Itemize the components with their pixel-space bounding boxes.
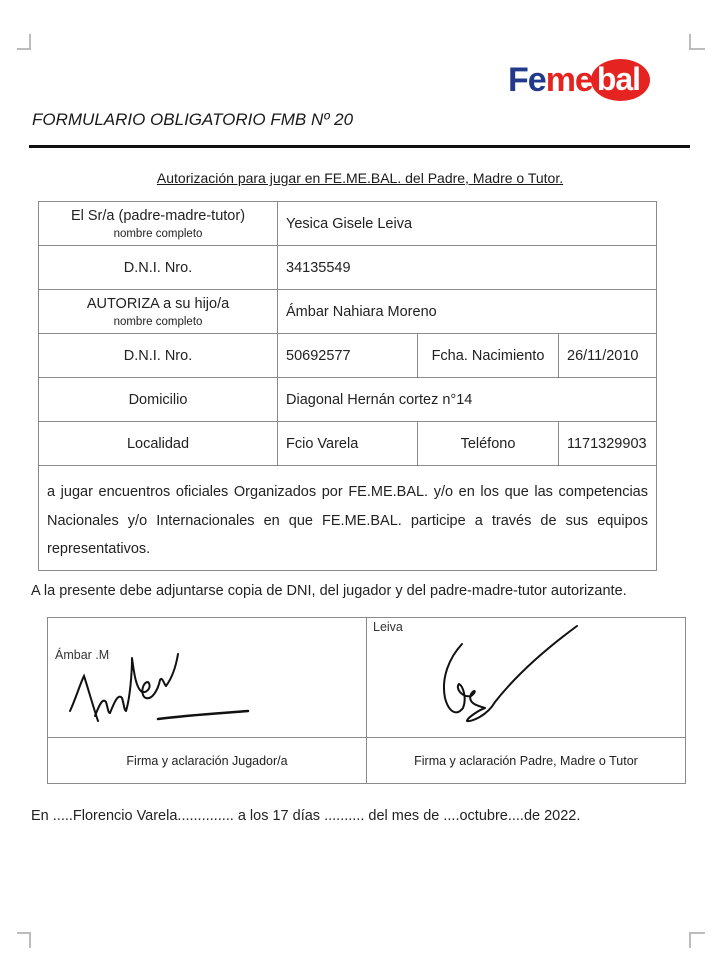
form-subtitle-text: Autorización para jugar en FE.ME.BAL. de…: [157, 170, 563, 186]
form-subtitle: Autorización para jugar en FE.ME.BAL. de…: [0, 170, 720, 186]
table-row: Domicilio Diagonal Hernán cortez n°14: [39, 378, 657, 422]
parent-dni-field[interactable]: 34135549: [278, 246, 657, 290]
phone-field[interactable]: 1171329903: [559, 422, 657, 466]
child-sublabel-text: nombre completo: [47, 316, 269, 328]
logo-text-fe: Fe: [508, 61, 546, 100]
place-date-line: En .....Florencio Varela.............. a…: [31, 808, 580, 824]
crop-mark-bottom-left: [17, 932, 31, 948]
signature-table: Ámbar .M Leiva Firma y aclaración Jugado…: [47, 617, 686, 784]
parent-label-text: El Sr/a (padre-madre-tutor): [47, 208, 269, 224]
table-row: El Sr/a (padre-madre-tutor) nombre compl…: [39, 202, 657, 246]
crop-mark-top-right: [689, 34, 705, 50]
child-dni-label: D.N.I. Nro.: [39, 334, 278, 378]
player-signature-caption: Firma y aclaración Jugador/a: [48, 738, 367, 784]
attachment-note: A la presente debe adjuntarse copia de D…: [31, 583, 627, 599]
player-signature-icon: [48, 618, 381, 735]
table-row: D.N.I. Nro. 34135549: [39, 246, 657, 290]
table-row: Localidad Fcio Varela Teléfono 117132990…: [39, 422, 657, 466]
logo-text-bal: bal: [591, 59, 650, 101]
header-divider: [29, 145, 690, 148]
address-field[interactable]: Diagonal Hernán cortez n°14: [278, 378, 657, 422]
city-field[interactable]: Fcio Varela: [278, 422, 418, 466]
table-row: Firma y aclaración Jugador/a Firma y acl…: [48, 738, 686, 784]
table-row: D.N.I. Nro. 50692577 Fcha. Nacimiento 26…: [39, 334, 657, 378]
crop-mark-top-left: [17, 34, 31, 50]
child-name-label: AUTORIZA a su hijo/a nombre completo: [39, 290, 278, 334]
table-row: AUTORIZA a su hijo/a nombre completo Ámb…: [39, 290, 657, 334]
phone-label: Teléfono: [418, 422, 559, 466]
city-label: Localidad: [39, 422, 278, 466]
parent-signature-caption: Firma y aclaración Padre, Madre o Tutor: [367, 738, 686, 784]
child-name-field[interactable]: Ámbar Nahiara Moreno: [278, 290, 657, 334]
authorization-text: a jugar encuentros oficiales Organizados…: [39, 466, 657, 571]
logo-text-me: me: [546, 61, 593, 100]
form-title: FORMULARIO OBLIGATORIO FMB Nº 20: [32, 110, 353, 130]
parent-signature-box[interactable]: Leiva: [367, 618, 686, 738]
table-row: a jugar encuentros oficiales Organizados…: [39, 466, 657, 571]
child-dni-field[interactable]: 50692577: [278, 334, 418, 378]
parent-name-field[interactable]: Yesica Gisele Leiva: [278, 202, 657, 246]
authorization-table: El Sr/a (padre-madre-tutor) nombre compl…: [38, 201, 657, 571]
femebal-logo: Fe me bal: [508, 58, 650, 102]
parent-name-label: El Sr/a (padre-madre-tutor) nombre compl…: [39, 202, 278, 246]
address-label: Domicilio: [39, 378, 278, 422]
birth-date-label: Fcha. Nacimiento: [418, 334, 559, 378]
player-signature-box[interactable]: Ámbar .M: [48, 618, 367, 738]
table-row: Ámbar .M Leiva: [48, 618, 686, 738]
parent-dni-label: D.N.I. Nro.: [39, 246, 278, 290]
birth-date-field[interactable]: 26/11/2010: [559, 334, 657, 378]
parent-signature-icon: [367, 618, 673, 735]
parent-sublabel-text: nombre completo: [47, 228, 269, 240]
crop-mark-bottom-right: [689, 932, 705, 948]
child-label-text: AUTORIZA a su hijo/a: [47, 296, 269, 312]
